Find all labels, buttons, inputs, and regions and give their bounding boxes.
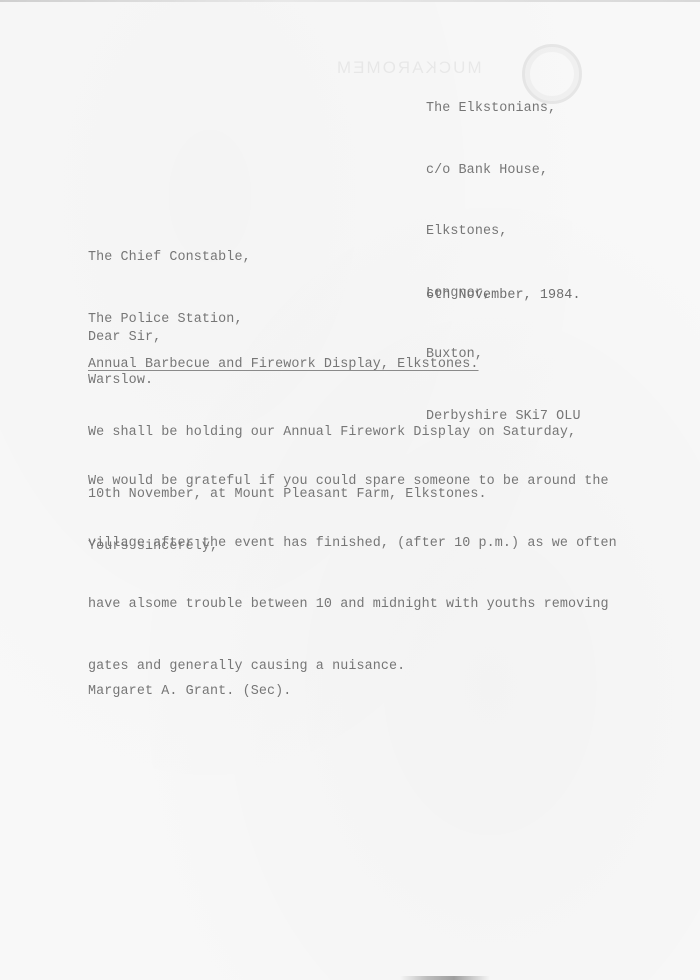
page-top-edge (0, 0, 700, 2)
subject-line: Annual Barbecue and Firework Display, El… (88, 355, 479, 376)
body-paragraph: We would be grateful if you could spare … (88, 431, 617, 718)
page-bottom-mark (400, 976, 490, 980)
closing: Yours sincerely, (88, 537, 218, 558)
salutation: Dear Sir, (88, 328, 161, 349)
recipient-address-line: The Chief Constable, (88, 248, 251, 269)
sender-address-line: Elkstones, (426, 222, 581, 243)
sender-address-line: c/o Bank House, (426, 161, 581, 182)
letter-page: MUCKAROMEM The Elkstonians, c/o Bank Hou… (0, 0, 700, 980)
paragraph-line: have alsome trouble between 10 and midni… (88, 595, 617, 616)
letter-date: 6th November, 1984. (426, 286, 581, 307)
sender-address-line: The Elkstonians, (426, 99, 581, 120)
recipient-address-line: The Police Station, (88, 310, 251, 331)
signature: Margaret A. Grant. (Sec). (88, 682, 291, 703)
paragraph-line: We would be grateful if you could spare … (88, 472, 617, 493)
paragraph-line: gates and generally causing a nuisance. (88, 657, 617, 678)
